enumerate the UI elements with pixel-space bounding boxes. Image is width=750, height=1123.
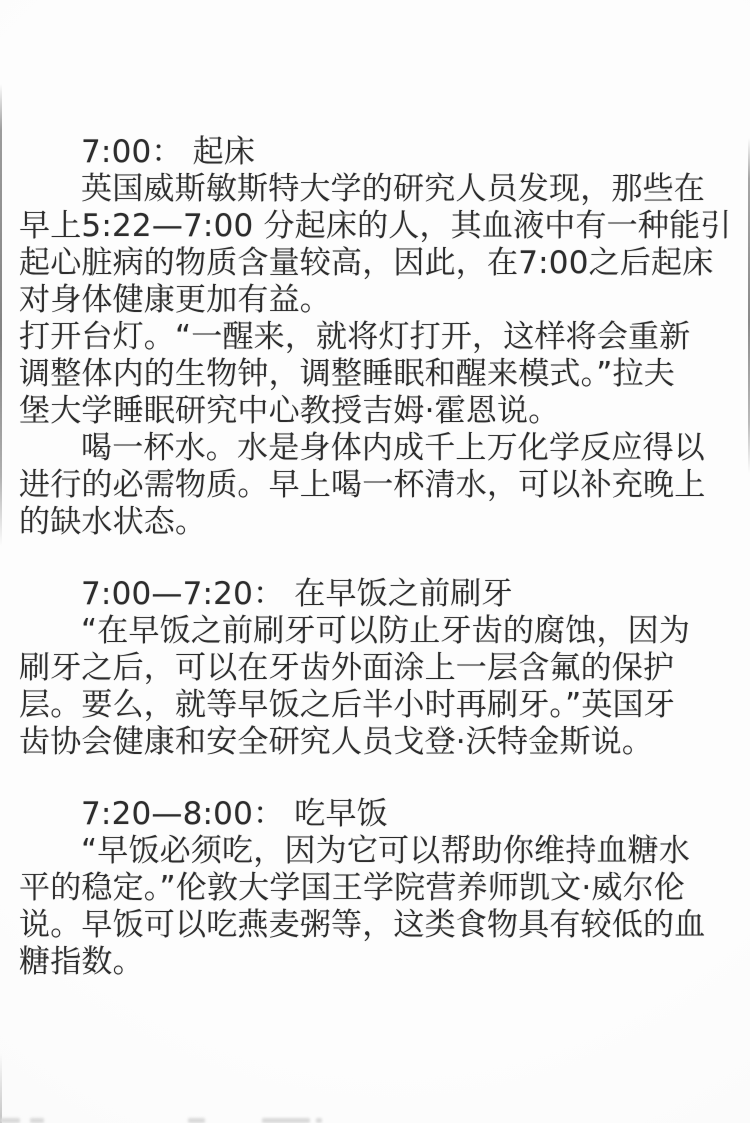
photo-page: 7:00： 起床英国威斯敏斯特大学的研究人员发现，那些在早上5:22—7:00 … [0,0,750,1123]
text-line: 打开台灯。“一醒来，就将灯打开，这样将会重新 [19,319,738,356]
text-line: 英国威斯敏斯特大学的研究人员发现，那些在 [19,171,738,208]
text-line: 喝一杯水。水是身体内成千上万化学反应得以 [19,430,738,467]
text-line: 齿协会健康和安全研究人员戈登·沃特金斯说。 [19,724,738,761]
cutoff-text-smudge [316,1118,322,1123]
text-line: “在早饭之前刷牙可以防止牙齿的腐蚀，因为 [19,613,738,650]
section-heading: 7:00—7:20： 在早饭之前刷牙 [19,576,738,613]
section-heading: 7:00： 起床 [19,134,738,171]
page-edge-shadow-left-lower [0,1053,2,1123]
cutoff-text-smudge [188,1118,205,1123]
text-line: 说。早饭可以吃燕麦粥等，这类食物具有较低的血 [19,907,738,944]
text-line: 平的稳定。”伦敦大学国王学院营养师凯文·威尔伦 [19,870,738,907]
article-text: 7:00： 起床英国威斯敏斯特大学的研究人员发现，那些在早上5:22—7:00 … [0,0,750,981]
text-line: 的缺水状态。 [19,504,738,541]
text-line: “早饭必须吃，因为它可以帮助你维持血糖水 [19,833,738,870]
text-line: 糖指数。 [19,944,738,981]
text-line: 堡大学睡眠研究中心教授吉姆·霍恩说。 [19,393,738,430]
text-line: 起心脏病的物质含量较高，因此，在7:00之后起床 [19,245,738,282]
text-line: 早上5:22—7:00 分起床的人，其血液中有一种能引 [19,208,738,245]
text-line: 调整体内的生物钟，调整睡眠和醒来模式。”拉夫 [19,356,738,393]
text-line: 对身体健康更加有益。 [19,282,738,319]
cutoff-text-smudge [0,1118,20,1123]
cutoff-text-smudge [30,1118,44,1123]
text-line: 刷牙之后，可以在牙齿外面涂上一层含氟的保护 [19,650,738,687]
section-heading: 7:20—8:00： 吃早饭 [19,796,738,833]
text-line: 进行的必需物质。早上喝一杯清水，可以补充晚上 [19,467,738,504]
cutoff-text-smudge [262,1118,310,1123]
text-line: 层。要么，就等早饭之后半小时再刷牙。”英国牙 [19,687,738,724]
